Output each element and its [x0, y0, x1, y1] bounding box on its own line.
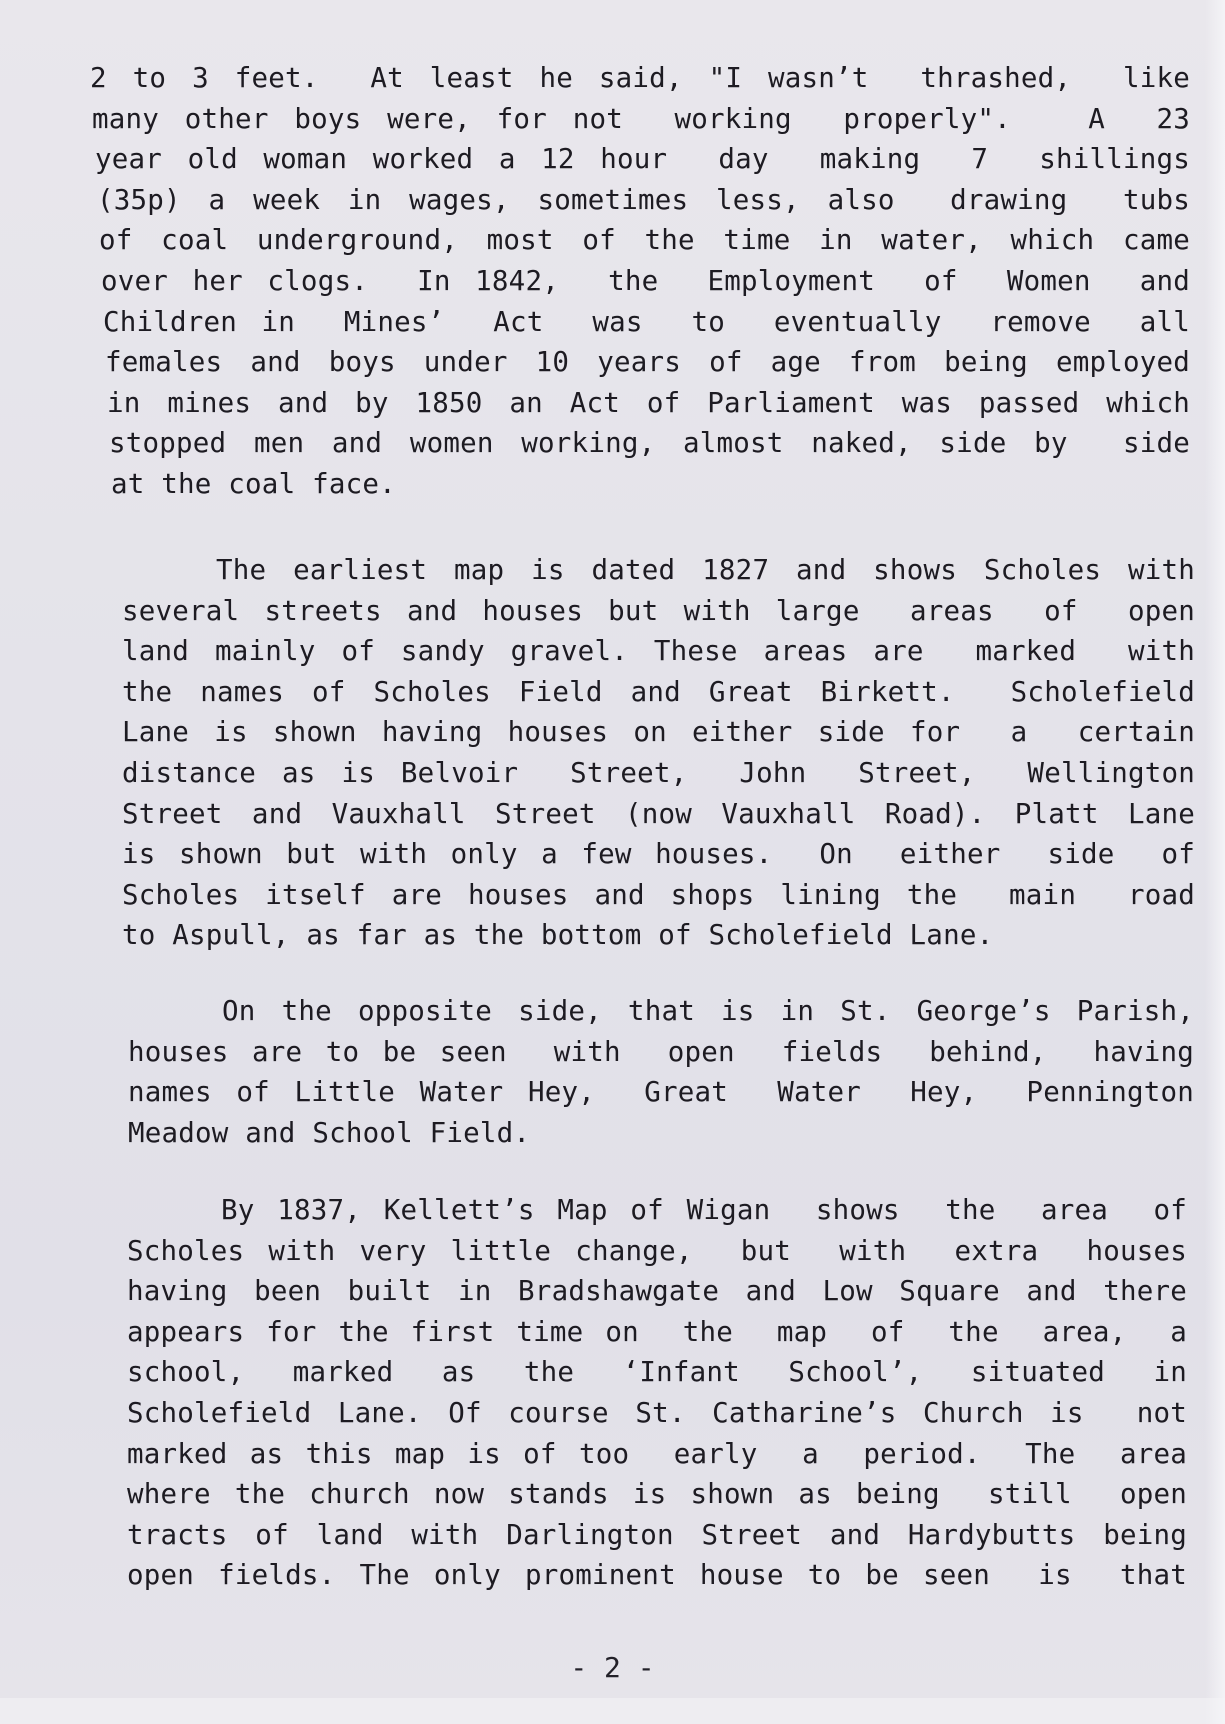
- text-line: Children in Mines’ Act was to eventually…: [103, 302, 1190, 343]
- text-line: year old woman worked a 12 hour day maki…: [95, 139, 1190, 180]
- text-line: appears for the first time on the map of…: [127, 1312, 1187, 1353]
- text-line: houses are to be seen with open fields b…: [128, 1032, 1194, 1073]
- text-line: names of Little Water Hey, Great Water H…: [128, 1072, 1194, 1113]
- text-line: open fields. The only prominent house to…: [127, 1555, 1187, 1596]
- text-line: is shown but with only a few houses. On …: [122, 834, 1195, 875]
- text-line: where the church now stands is shown as …: [127, 1474, 1187, 1515]
- text-line: Street and Vauxhall Street (now Vauxhall…: [122, 794, 1195, 835]
- paragraph-kellett-map: By 1837, Kellett’s Map of Wigan shows th…: [127, 1190, 1187, 1596]
- text-line: land mainly of sandy gravel. These areas…: [122, 631, 1195, 672]
- paragraph-earliest-map: The earliest map is dated 1827 and shows…: [122, 550, 1195, 956]
- paragraph-continuation: 2 to 3 feet. At least he said, "I wasn’t…: [90, 58, 1190, 505]
- text-line: distance as is Belvoir Street, John Stre…: [122, 753, 1195, 794]
- text-line: to Aspull, as far as the bottom of Schol…: [122, 915, 1195, 956]
- text-line: Lane is shown having houses on either si…: [122, 712, 1195, 753]
- paragraph-opposite-side: On the opposite side, that is in St. Geo…: [128, 991, 1194, 1153]
- text-line: at the coal face.: [111, 464, 1190, 505]
- text-line: the names of Scholes Field and Great Bir…: [122, 672, 1195, 713]
- text-line: The earliest map is dated 1827 and shows…: [122, 550, 1195, 591]
- text-line: stopped men and women working, almost na…: [109, 423, 1190, 464]
- text-line: having been built in Bradshawgate and Lo…: [127, 1271, 1187, 1312]
- text-line: Scholes with very little change, but wit…: [127, 1231, 1187, 1272]
- text-line: females and boys under 10 years of age f…: [105, 342, 1190, 383]
- text-line: tracts of land with Darlington Street an…: [127, 1515, 1187, 1556]
- text-line: over her clogs. In 1842, the Employment …: [101, 261, 1190, 302]
- text-line: several streets and houses but with larg…: [122, 591, 1195, 632]
- text-line: Meadow and School Field.: [128, 1113, 1194, 1154]
- text-line: school, marked as the ‘Infant School’, s…: [127, 1352, 1187, 1393]
- text-line: Scholes itself are houses and shops lini…: [122, 875, 1195, 916]
- text-line: (35p) a week in wages, sometimes less, a…: [97, 180, 1190, 221]
- text-line: On the opposite side, that is in St. Geo…: [128, 991, 1194, 1032]
- text-line: of coal underground, most of the time in…: [99, 220, 1190, 261]
- text-line: marked as this map is of too early a per…: [127, 1434, 1187, 1475]
- page-number: - 2 -: [0, 1650, 1225, 1686]
- text-line: By 1837, Kellett’s Map of Wigan shows th…: [127, 1190, 1187, 1231]
- text-line: many other boys were, for not working pr…: [92, 99, 1190, 140]
- text-line: 2 to 3 feet. At least he said, "I wasn’t…: [90, 58, 1190, 99]
- document-page: 2 to 3 feet. At least he said, "I wasn’t…: [0, 0, 1225, 1724]
- text-line: in mines and by 1850 an Act of Parliamen…: [107, 383, 1190, 424]
- text-line: Scholefield Lane. Of course St. Catharin…: [127, 1393, 1187, 1434]
